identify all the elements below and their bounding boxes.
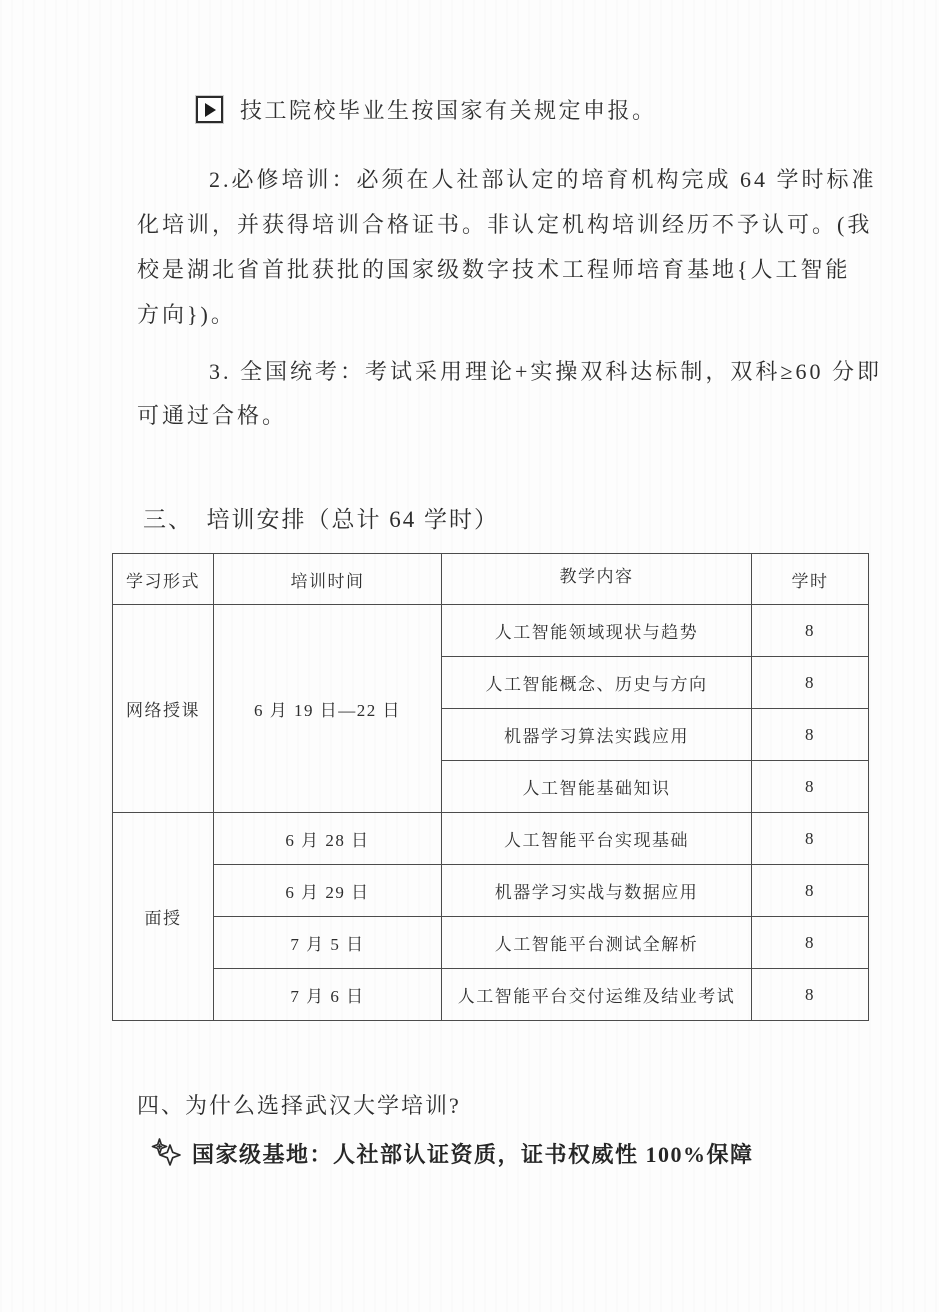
cell-hours: 8: [752, 813, 869, 865]
section-heading-training-schedule: 三、 培训安排（总计 64 学时）: [143, 501, 499, 534]
table-row: 7 月 6 日 人工智能平台交付运维及结业考试 8: [113, 969, 869, 1021]
paragraph-line: 方向})。: [137, 292, 851, 337]
cell-form: 面授: [113, 813, 214, 1021]
header-study-form: 学习形式: [113, 554, 214, 605]
cell-content: 人工智能概念、历史与方向: [442, 657, 752, 709]
paragraph-line: 化培训，并获得培训合格证书。非认定机构培训经历不予认可。(我: [137, 202, 851, 247]
paragraph-line: 校是湖北省首批获批的国家级数字技术工程师培育基地{人工智能: [137, 247, 851, 292]
highlight-text: 国家级基地：人社部认证资质，证书权威性 100%保障: [192, 1138, 754, 1169]
paragraph-line: 3. 全国统考：考试采用理论+实操双科达标制，双科≥60 分即: [137, 350, 851, 394]
cell-form: 网络授课: [113, 605, 214, 813]
cell-hours: 8: [752, 709, 869, 761]
scanned-document-page: 技工院校毕业生按国家有关规定申报。 2.必修培训：必须在人社部认定的培育机构完成…: [0, 0, 939, 1312]
cell-content: 人工智能平台交付运维及结业考试: [442, 969, 752, 1021]
cell-time: 7 月 6 日: [214, 969, 442, 1021]
cell-time: 7 月 5 日: [214, 917, 442, 969]
cell-hours: 8: [752, 605, 869, 657]
cell-time: 6 月 28 日: [214, 813, 442, 865]
training-schedule-table: 学习形式 培训时间 教学内容 学时 网络授课 6 月 19 日—22 日 人工智…: [112, 553, 869, 1021]
paragraph-required-training: 2.必修培训：必须在人社部认定的培育机构完成 64 学时标准 化培训，并获得培训…: [137, 157, 851, 337]
table-row: 7 月 5 日 人工智能平台测试全解析 8: [113, 917, 869, 969]
table-row: 6 月 29 日 机器学习实战与数据应用 8: [113, 865, 869, 917]
bullet-line-application: 技工院校毕业生按国家有关规定申报。: [196, 94, 657, 125]
paragraph-line: 可通过合格。: [137, 394, 851, 438]
bullet-text: 技工院校毕业生按国家有关规定申报。: [240, 94, 657, 125]
cell-content: 人工智能领域现状与趋势: [442, 605, 752, 657]
header-training-time: 培训时间: [214, 554, 442, 605]
table-row: 面授 6 月 28 日 人工智能平台实现基础 8: [113, 813, 869, 865]
table-row: 网络授课 6 月 19 日—22 日 人工智能领域现状与趋势 8: [113, 605, 869, 657]
header-class-hours: 学时: [752, 554, 869, 605]
cell-content: 人工智能平台测试全解析: [442, 917, 752, 969]
paragraph-national-exam: 3. 全国统考：考试采用理论+实操双科达标制，双科≥60 分即 可通过合格。: [137, 350, 851, 438]
section-heading-why-choose: 四、为什么选择武汉大学培训?: [137, 1089, 461, 1120]
cell-hours: 8: [752, 657, 869, 709]
paragraph-line: 2.必修培训：必须在人社部认定的培育机构完成 64 学时标准: [137, 157, 851, 202]
sparkles-icon: [150, 1136, 182, 1170]
cell-time: 6 月 19 日—22 日: [214, 605, 442, 813]
cell-hours: 8: [752, 865, 869, 917]
cell-content: 机器学习算法实践应用: [442, 709, 752, 761]
cell-hours: 8: [752, 969, 869, 1021]
cell-time: 6 月 29 日: [214, 865, 442, 917]
header-teaching-content: 教学内容: [442, 554, 752, 605]
play-icon: [196, 96, 223, 123]
highlight-line-national-base: 国家级基地：人社部认证资质，证书权威性 100%保障: [150, 1136, 754, 1170]
table-header-row: 学习形式 培训时间 教学内容 学时: [113, 554, 869, 605]
cell-content: 机器学习实战与数据应用: [442, 865, 752, 917]
cell-content: 人工智能基础知识: [442, 761, 752, 813]
cell-hours: 8: [752, 917, 869, 969]
training-schedule-table-wrapper: 学习形式 培训时间 教学内容 学时 网络授课 6 月 19 日—22 日 人工智…: [112, 553, 869, 1021]
cell-content: 人工智能平台实现基础: [442, 813, 752, 865]
cell-hours: 8: [752, 761, 869, 813]
